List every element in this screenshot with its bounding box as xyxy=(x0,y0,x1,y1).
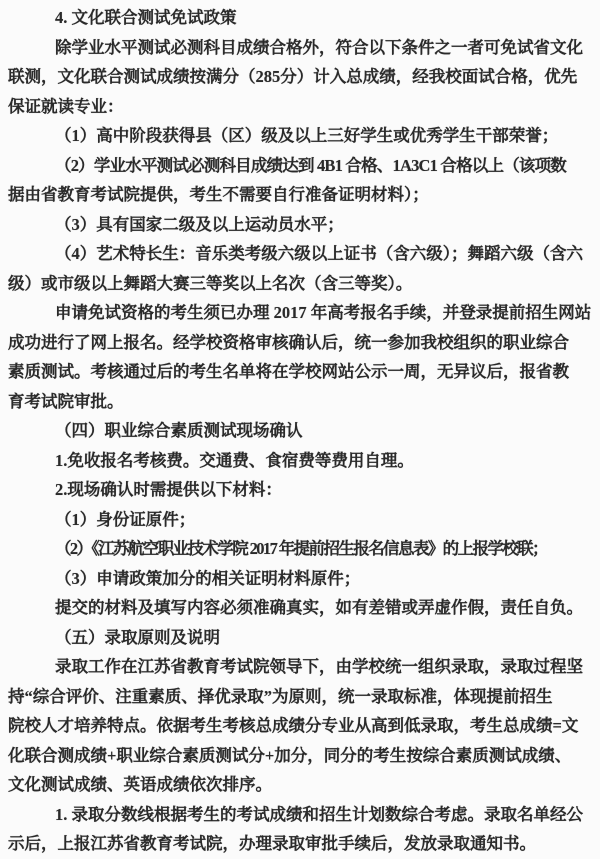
text-line: 录取工作在江苏省教育考试院领导下，由学校统一组织录取，录取过程坚 xyxy=(8,652,594,682)
text-line: 申请免试资格的考生须已办理 2017 年高考报名手续，并登录提前招生网站 xyxy=(8,298,594,328)
text-line: 提交的材料及填写内容必须准确真实，如有差错或弄虚作假，责任自负。 xyxy=(8,593,594,623)
list-item: （2）学业水平测试必测科目成绩达到 4B1 合格、1A3C1 合格以上（该项数 xyxy=(8,151,594,181)
text-line: 示后，上报江苏省教育考试院，办理录取审批手续后，发放录取通知书。 xyxy=(8,829,594,859)
list-item: 1. 录取分数线根据考生的考试成绩和招生计划数综合考虑。录取名单经公 xyxy=(8,800,594,830)
list-item: （3）具有国家二级及以上运动员水平； xyxy=(8,210,594,240)
section-heading: 4. 文化联合测试免试政策 xyxy=(8,3,594,33)
text-line: 院校人才培养特点。依据考生考核总成绩分专业从高到低录取，考生总成绩=文 xyxy=(8,711,594,741)
text-line: 除学业水平测试必测科目成绩合格外，符合以下条件之一者可免试省文化 xyxy=(8,33,594,63)
text-line: 化联合测成绩+职业综合素质测试分+加分，同分的考生按综合素质测试成绩、 xyxy=(8,741,594,771)
list-item: 2.现场确认时需提供以下材料： xyxy=(8,475,594,505)
text-line: 据由省教育考试院提供，考生不需要自行准备证明材料）； xyxy=(8,180,594,210)
list-item: （3）申请政策加分的相关证明材料原件； xyxy=(8,564,594,594)
list-item: （2）《江苏航空职业技术学院 2017 年提前招生报名信息表》的上报学校联； xyxy=(8,534,594,564)
list-item: （4）艺术特长生：音乐类考级六级以上证书（含六级）；舞蹈六级（含六 xyxy=(8,239,594,269)
list-item: （1）高中阶段获得县（区）级及以上三好学生或优秀学生干部荣誉； xyxy=(8,121,594,151)
text-line: 持“综合评价、注重素质、择优录取”为原则，统一录取标准，体现提前招生 xyxy=(8,682,594,712)
document-page: 4. 文化联合测试免试政策 除学业水平测试必测科目成绩合格外，符合以下条件之一者… xyxy=(0,0,600,859)
text-line: 保证就读专业： xyxy=(8,92,594,122)
text-line: 文化测试成绩、英语成绩依次排序。 xyxy=(8,770,594,800)
section-heading: （四）职业综合素质测试现场确认 xyxy=(8,416,594,446)
section-heading: （五）录取原则及说明 xyxy=(8,623,594,653)
list-item: 1.免收报名考核费。交通费、食宿费等费用自理。 xyxy=(8,446,594,476)
text-line: 联测，文化联合测试成绩按满分（285分）计入总成绩，经我校面试合格，优先 xyxy=(8,62,594,92)
text-line: 成功进行了网上报名。经学校资格审核确认后，统一参加我校组织的职业综合 xyxy=(8,328,594,358)
text-line: 育考试院审批。 xyxy=(8,387,594,417)
text-line: 级）或市级以上舞蹈大赛三等奖以上名次（含三等奖）。 xyxy=(8,269,594,299)
list-item: （1）身份证原件； xyxy=(8,505,594,535)
text-line: 素质测试。考核通过后的考生名单将在学校网站公示一周，无异议后，报省教 xyxy=(8,357,594,387)
